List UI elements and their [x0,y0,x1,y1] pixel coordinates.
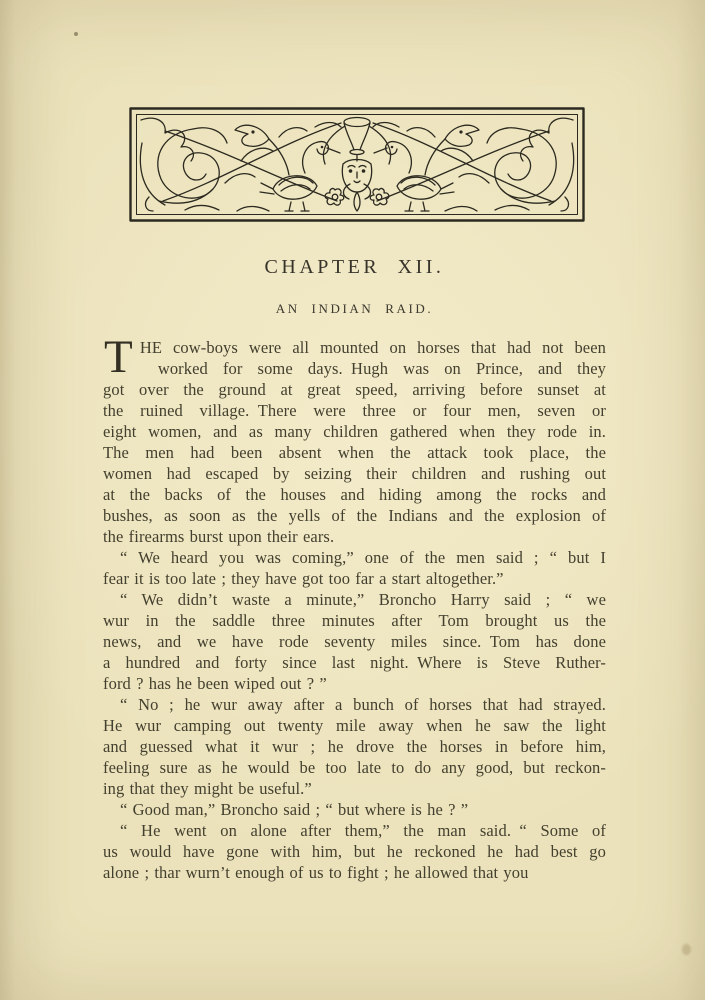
text-line: alone ; thar wurn’t enough of us to figh… [103,862,606,883]
paper-stain [682,944,691,955]
paragraph: “ No ; he wur away after a bunch of hors… [103,694,606,799]
text-line: HE cow-boys were all mounted on horses t… [103,337,606,358]
text-line: at the backs of the houses and hiding am… [103,484,606,505]
text-line: “ He went on alone after them,” the man … [103,820,606,841]
section-heading: AN INDIAN RAID. [103,301,606,317]
text-line: fear it is too late ; they have got too … [103,568,606,589]
text-line: ing that they might be useful.” [103,778,606,799]
engraved-scrollwork-banner-icon [129,107,585,222]
text-line: worked for some days. Hugh was on Prince… [103,358,606,379]
drop-cap: T [103,337,140,378]
paragraph: “ We heard you was coming,” one of the m… [103,547,606,589]
text-line: us would have gone with him, but he reck… [103,841,606,862]
text-line: “ No ; he wur away after a bunch of hors… [103,694,606,715]
chapter-header-ornament [129,107,585,222]
text-line: the firearms burst upon their ears. [103,526,606,547]
text-line: eight women, and as many children gather… [103,421,606,442]
paragraph: “ We didn’t waste a minute,” Broncho Har… [103,589,606,694]
paragraph: “ Good man,” Broncho said ; “ but where … [103,799,606,820]
text-line: the ruined village. There were three or … [103,400,606,421]
text-line: wur in the saddle three minutes after To… [103,610,606,631]
book-page: CHAPTER XII. AN INDIAN RAID. THE cow-boy… [0,0,705,1000]
text-line: He wur camping out twenty mile away when… [103,715,606,736]
chapter-title: CHAPTER XII. [103,256,606,279]
text-line: “ We didn’t waste a minute,” Broncho Har… [103,589,606,610]
text-line: and guessed what it wur ; he drove the h… [103,736,606,757]
paper-speck [74,32,78,36]
body-text: THE cow-boys were all mounted on horses … [103,337,606,883]
text-line: feeling sure as he would be too late to … [103,757,606,778]
text-line: a hundred and forty since last night. Wh… [103,652,606,673]
text-line: The men had been absent when the attack … [103,442,606,463]
text-line: women had escaped by seizing their child… [103,463,606,484]
text-line: got over the ground at great speed, arri… [103,379,606,400]
text-line: news, and we have rode seventy miles sin… [103,631,606,652]
text-line: “ We heard you was coming,” one of the m… [103,547,606,568]
text-line: bushes, as soon as the yells of the Indi… [103,505,606,526]
paragraph: THE cow-boys were all mounted on horses … [103,337,606,547]
text-line: ford ? has he been wiped out ? ” [103,673,606,694]
text-line: “ Good man,” Broncho said ; “ but where … [103,799,606,820]
paragraph: “ He went on alone after them,” the man … [103,820,606,883]
